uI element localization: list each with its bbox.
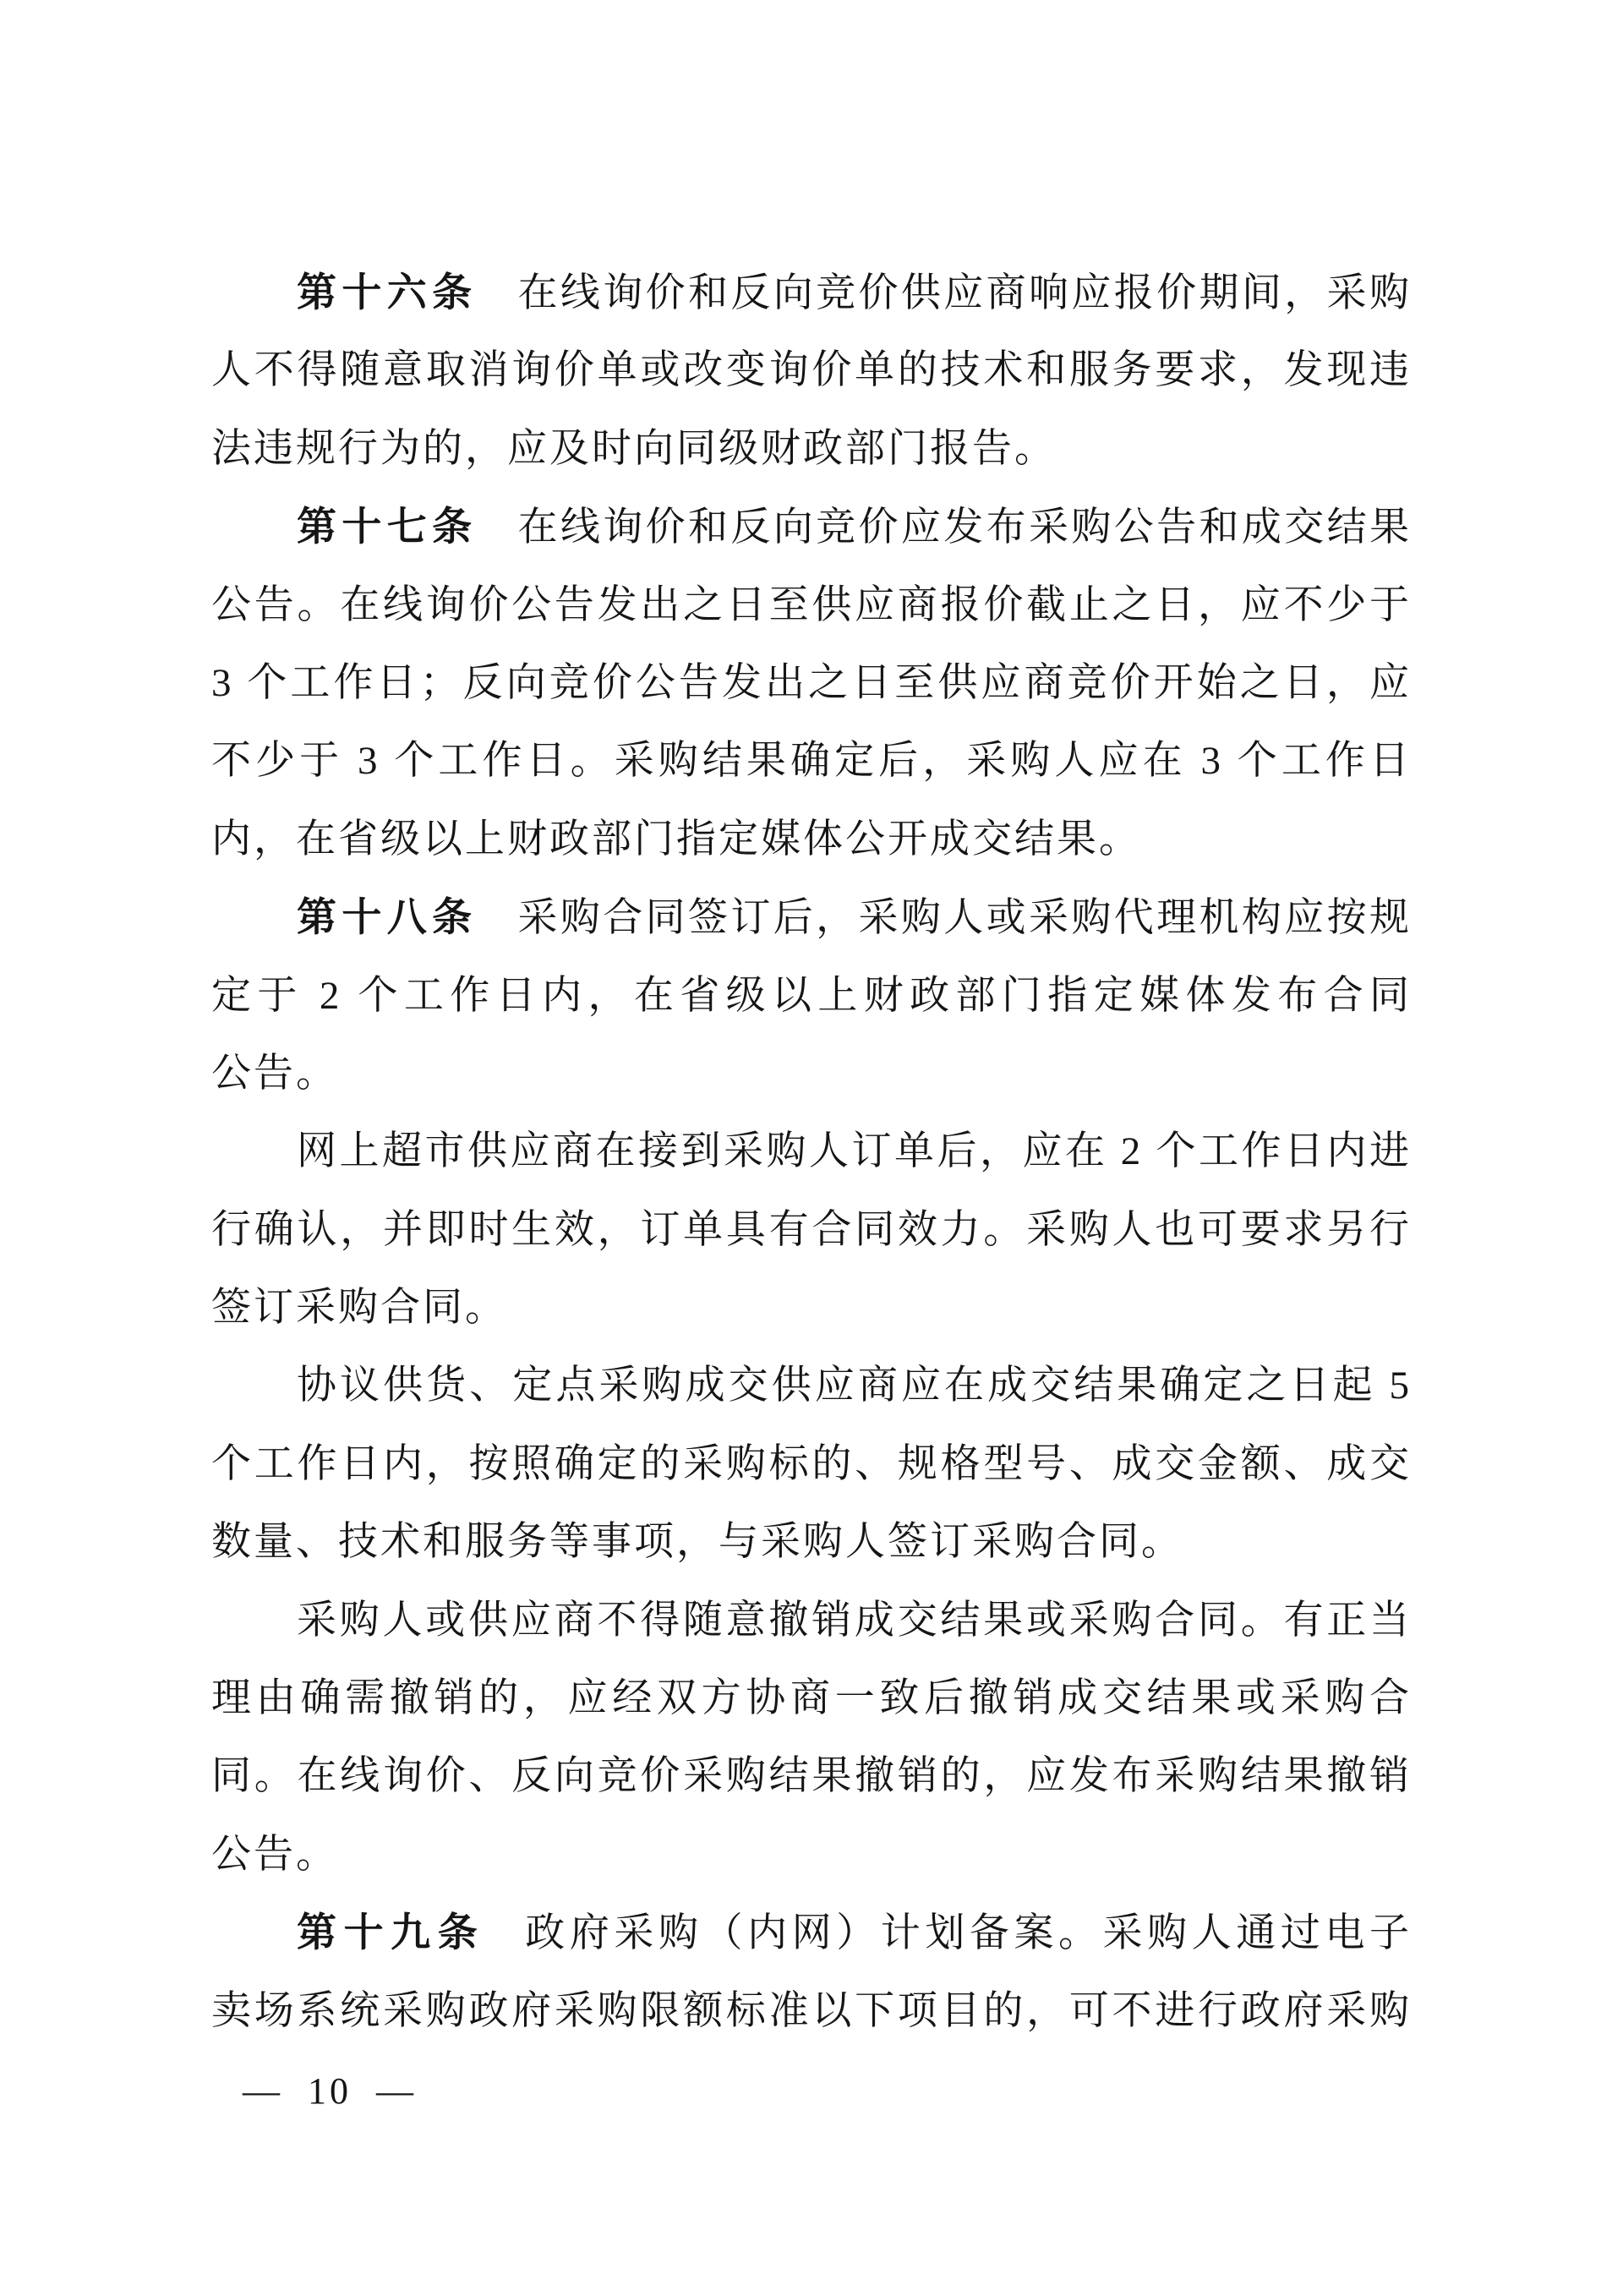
- document-page: 第十六条在线询价和反向竞价供应商响应报价期间，采购人不得随意取消询价单或改变询价…: [0, 0, 1623, 2296]
- article-number: 第十六条: [297, 270, 478, 314]
- article-heading-line: 第十六条在线询价和反向竞价供应商响应报价期间，采购: [211, 254, 1412, 331]
- text-line: 行确认，并即时生效，订单具有合同效力。采购人也可要求另行: [211, 1191, 1412, 1269]
- text-line: 采购人或供应商不得随意撤销成交结果或采购合同。有正当: [211, 1582, 1412, 1659]
- text-line: 公告。: [211, 1816, 1412, 1894]
- text-line: 同。在线询价、反向竞价采购结果撤销的，应发布采购结果撤销: [211, 1737, 1412, 1815]
- article-number: 第十七条: [297, 504, 478, 549]
- text-line: 协议供货、定点采购成交供应商应在成交结果确定之日起 5: [211, 1347, 1412, 1424]
- article-number: 第十九条: [297, 1910, 484, 1954]
- text-line: 签订采购合同。: [211, 1269, 1412, 1347]
- body-text: 第十六条在线询价和反向竞价供应商响应报价期间，采购人不得随意取消询价单或改变询价…: [211, 254, 1412, 2050]
- article-heading-line: 第十九条政府采购（内网）计划备案。采购人通过电子: [211, 1894, 1412, 1971]
- text-line: 公告。: [211, 1035, 1412, 1112]
- text-line: 公告。在线询价公告发出之日至供应商报价截止之日，应不少于: [211, 566, 1412, 644]
- article-number: 第十八条: [297, 894, 478, 939]
- text-line: 法违规行为的，应及时向同级财政部门报告。: [211, 410, 1412, 488]
- text-line: 数量、技术和服务等事项，与采购人签订采购合同。: [211, 1503, 1412, 1581]
- article-heading-line: 第十七条在线询价和反向竞价应发布采购公告和成交结果: [211, 488, 1412, 566]
- text-line: 定于 2 个工作日内，在省级以上财政部门指定媒体发布合同: [211, 957, 1412, 1035]
- text-line: 不少于 3 个工作日。采购结果确定后，采购人应在 3 个工作日: [211, 722, 1412, 800]
- text-line: 卖场系统采购政府采购限额标准以下项目的，可不进行政府采购: [211, 1972, 1412, 2050]
- text-line: 3 个工作日；反向竞价公告发出之日至供应商竞价开始之日，应: [211, 644, 1412, 722]
- page-number: — 10 —: [243, 2069, 417, 2113]
- text-line: 理由确需撤销的，应经双方协商一致后撤销成交结果或采购合: [211, 1659, 1412, 1737]
- text-line: 网上超市供应商在接到采购人订单后，应在 2 个工作日内进: [211, 1112, 1412, 1190]
- text-line: 内，在省级以上财政部门指定媒体公开成交结果。: [211, 801, 1412, 878]
- article-heading-line: 第十八条采购合同签订后，采购人或采购代理机构应按规: [211, 878, 1412, 956]
- text-line: 个工作日内，按照确定的采购标的、规格型号、成交金额、成交: [211, 1425, 1412, 1503]
- text-line: 人不得随意取消询价单或改变询价单的技术和服务要求，发现违: [211, 331, 1412, 409]
